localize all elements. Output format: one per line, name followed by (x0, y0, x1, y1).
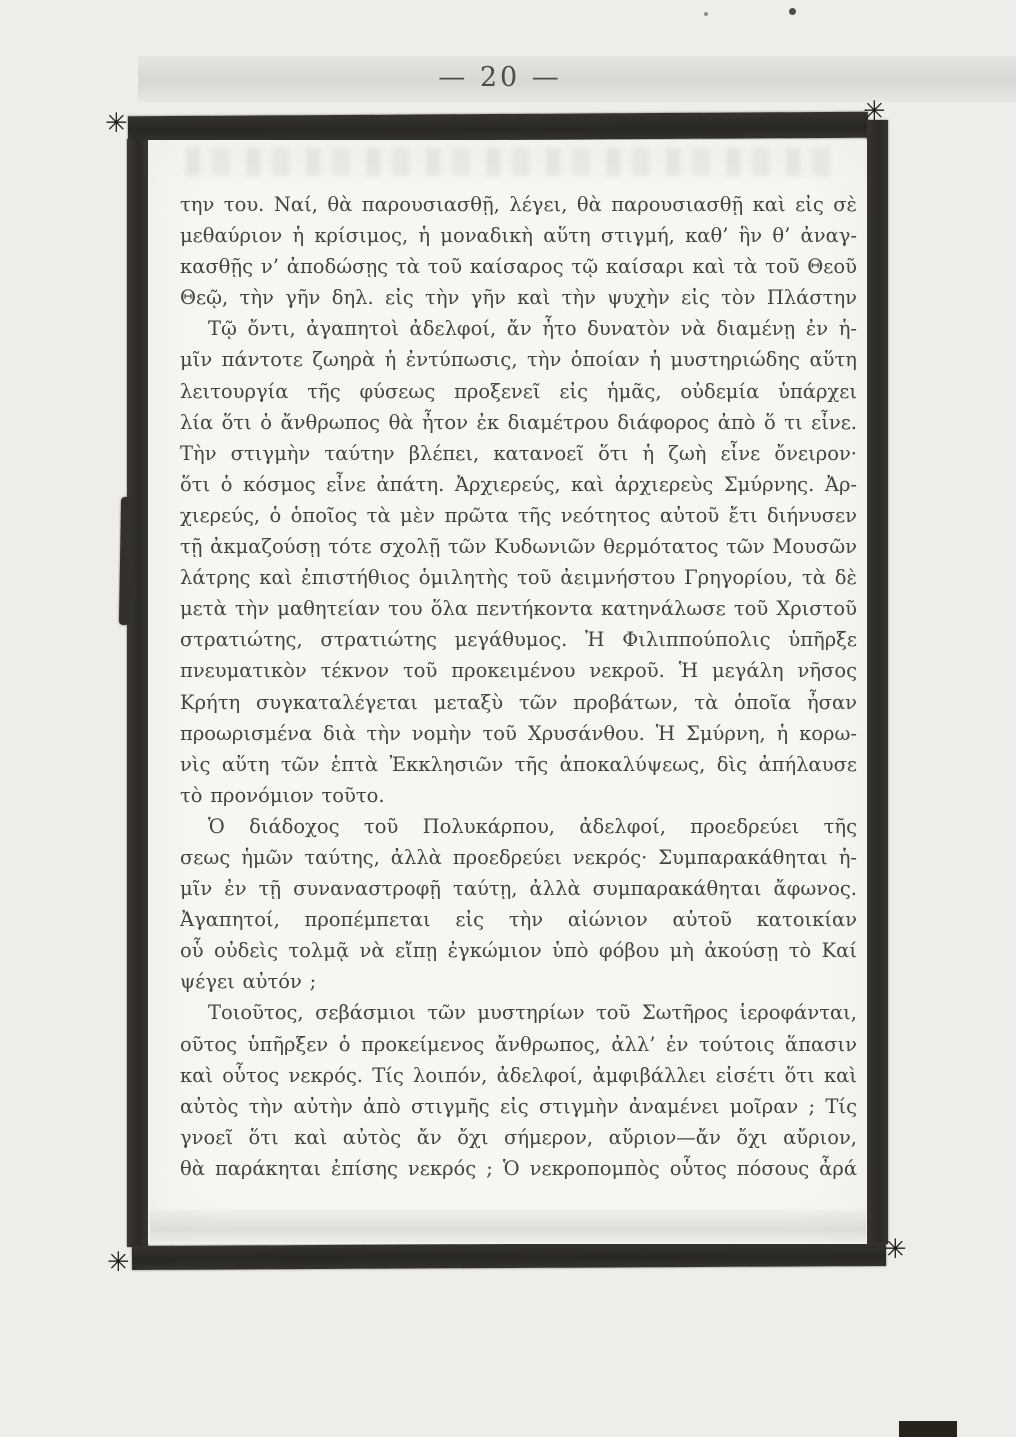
scanned-book-page: — 20 — ✳ ✳ ✳ ✳ την του. Ναί, θὰ παρουσια… (0, 0, 1016, 1437)
text-line: την του. Ναί, θὰ παρουσιασθῇ, λέγει, θὰ … (180, 189, 857, 220)
frame-bottom-rule (132, 1242, 886, 1270)
text-line: τῇ ἀκμαζούσῃ τότε σχολῇ τῶν Κυδωνιῶν θερ… (180, 531, 857, 562)
text-line: γνοεῖ ὅτι καὶ αὐτὸς ἄν ὄχι σήμερον, αὔρι… (180, 1122, 857, 1153)
text-line: αὐτὸς τὴν αὐτὴν ἀπὸ στιγμῆς εἰς στιγμὴν … (180, 1091, 857, 1122)
text-line: θὰ παράκηται ἐπίσης νεκρός ; Ὁ νεκροπομπ… (180, 1153, 857, 1184)
text-line: στρατιώτης, στρατιώτης μεγάθυμος. Ἡ Φιλι… (180, 624, 857, 655)
ink-bleed-ghost-text (186, 148, 831, 176)
asterisk-ornament-bottom-left: ✳ (107, 1249, 130, 1276)
text-line: μετὰ τὴν μαθητείαν του ὅλα πεντήκοντα κα… (180, 593, 857, 624)
text-line: Ὁ διάδοχος τοῦ Πολυκάρπου, ἀδελφοί, προε… (180, 811, 857, 842)
frame-left-rule (127, 139, 148, 1247)
text-line paragraph-end: τὸ προνόμιον τοῦτο. (180, 780, 857, 811)
text-line: Θεῷ, τὴν γῆν δηλ. εἰς τὴν γῆν καὶ τὴν ψυ… (180, 282, 857, 313)
scan-edge-blot (899, 1421, 957, 1437)
text-line: Ἀγαπητοί, προπέμπεται εἰς τὴν αἰώνιον αὑ… (180, 904, 857, 935)
text-line: μῖν ἐν τῇ συναναστροφῇ ταύτῃ, ἀλλὰ συμπα… (180, 873, 857, 904)
text-line: καὶ οὗτος νεκρός. Τίς λοιπόν, ἀδελφοί, ἀ… (180, 1060, 857, 1091)
page-number: — 20 — (128, 62, 872, 93)
text-line: λειτουργία τῆς φύσεως προξενεῖ εἰς ἡμᾶς,… (180, 376, 857, 407)
text-line: σεως ἡμῶν ταύτης, ἀλλὰ προεδρεύει νεκρός… (180, 842, 857, 873)
frame-top-rule (128, 112, 868, 143)
text-line: οῦτος ὑπῆρξεν ὁ προκείμενος ἄνθρωπος, ἀλ… (180, 1029, 857, 1060)
frame-right-rule (867, 120, 888, 1244)
text-line: ὅτι ὁ κόσμος εἶνε ἀπάτη. Ἀρχιερεύς, καὶ … (180, 469, 857, 500)
asterisk-ornament-bottom-right: ✳ (884, 1236, 907, 1263)
body-text: την του. Ναί, θὰ παρουσιασθῇ, λέγει, θὰ … (180, 189, 857, 1189)
text-line: κασθῇς ν’ ἀποδώσῃς τὰ τοῦ καίσαρος τῷ κα… (180, 251, 857, 282)
asterisk-ornament-top-left: ✳ (105, 110, 128, 137)
text-line: Τὴν στιγμὴν ταύτην βλέπει, κατανοεῖ ὅτι … (180, 438, 857, 469)
text-line: λάτρης καὶ ἐπιστήθιος ὁμιλητὴς τοῦ ἀειμν… (180, 562, 857, 593)
ink-speck (704, 12, 708, 16)
text-line: προωρισμένα διὰ τὴν νομὴν τοῦ Χρυσάνθου.… (180, 718, 857, 749)
ink-speck (789, 8, 796, 15)
text-line: νὶς αὕτη τῶν ἑπτὰ Ἐκκλησιῶν τῆς ἀποκαλύψ… (180, 749, 857, 780)
text-line: Τοιοῦτος, σεβάσμιοι τῶν μυστηρίων τοῦ Σω… (180, 997, 857, 1028)
scan-shading-bottom (150, 1210, 866, 1242)
text-line: μῖν πάντοτε ζωηρὰ ἡ ἐντύπωσις, τὴν ὁποία… (180, 344, 857, 375)
text-line paragraph-end: ψέγει αὐτόν ; (180, 966, 857, 997)
text-line: λία ὅτι ὁ ἄνθρωπος θὰ ἦτον ἐκ διαμέτρου … (180, 407, 857, 438)
text-line: οὗ οὐδεὶς τολμᾷ νὰ εἴπῃ ἐγκώμιον ὑπὸ φόβ… (180, 935, 857, 966)
text-line: Κρήτη συγκαταλέγεται μεταξὺ τῶν προβάτων… (180, 687, 857, 718)
text-line: πνευματικὸν τέκνον τοῦ προκειμένου νεκρο… (180, 655, 857, 686)
text-line: μεθαύριον ἡ κρίσιμος, ἡ μοναδικὴ αὕτη στ… (180, 220, 857, 251)
text-line: χιερεύς, ὁ ὁποῖος τὰ μὲν πρῶτα τῆς νεότη… (180, 500, 857, 531)
text-line: Τῷ ὄντι, ἀγαπητοὶ ἀδελφοί, ἄν ἦτο δυνατὸ… (180, 313, 857, 344)
asterisk-ornament-top-right: ✳ (863, 98, 886, 125)
